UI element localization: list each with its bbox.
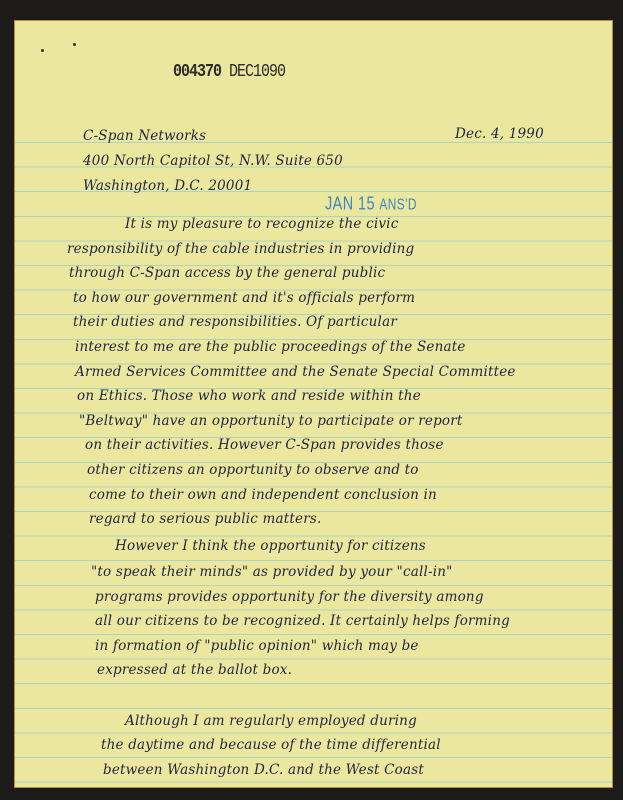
body-line: come to their own and independent conclu… [89, 487, 437, 503]
body-line: on Ethics. Those who work and reside wit… [77, 388, 421, 404]
body-line: regard to serious public matters. [89, 511, 322, 527]
ink-dot [41, 49, 44, 52]
body-line: interest to me are the public proceeding… [75, 339, 466, 355]
body-line: on their activities. However C-Span prov… [85, 437, 444, 453]
recipient-street: 400 North Capitol St, N.W. Suite 650 [83, 153, 343, 169]
answered-date: JAN 15 [325, 193, 375, 214]
legal-pad-page: 004370 DEC1090 Dec. 4, 1990 C-Span Netwo… [14, 20, 613, 788]
letter-date: Dec. 4, 1990 [455, 126, 544, 142]
body-line: "to speak their minds" as provided by yo… [91, 564, 453, 580]
body-line: Although I am regularly employed during [125, 713, 417, 729]
body-line: expressed at the ballot box. [97, 662, 292, 678]
body-line: responsibility of the cable industries i… [67, 241, 414, 257]
ink-dot [73, 43, 76, 46]
body-line: Armed Services Committee and the Senate … [75, 364, 516, 380]
body-line: in formation of "public opinion" which m… [95, 638, 419, 654]
answered-stamp: JAN 15 ANS'D [325, 193, 417, 215]
body-line: "Beltway" have an opportunity to partici… [79, 413, 463, 429]
control-date: DEC1090 [229, 61, 285, 82]
body-line: It is my pleasure to recognize the civic [125, 216, 398, 232]
body-line: between Washington D.C. and the West Coa… [103, 762, 424, 778]
body-line: to how our government and it's officials… [73, 290, 415, 306]
control-number: 004370 [173, 61, 221, 82]
body-line: their duties and responsibilities. Of pa… [73, 314, 397, 330]
control-number-stamp: 004370 DEC1090 [173, 61, 285, 82]
recipient-city: Washington, D.C. 20001 [83, 178, 252, 194]
answered-status: ANS'D [379, 195, 416, 213]
body-line: all our citizens to be recognized. It ce… [95, 613, 510, 629]
recipient-name: C-Span Networks [83, 128, 206, 144]
body-line: through C-Span access by the general pub… [69, 265, 385, 281]
body-line: programs provides opportunity for the di… [95, 589, 484, 605]
body-line: other citizens an opportunity to observe… [87, 462, 419, 478]
body-line: the daytime and because of the time diff… [101, 737, 441, 753]
body-line: However I think the opportunity for citi… [115, 538, 426, 554]
